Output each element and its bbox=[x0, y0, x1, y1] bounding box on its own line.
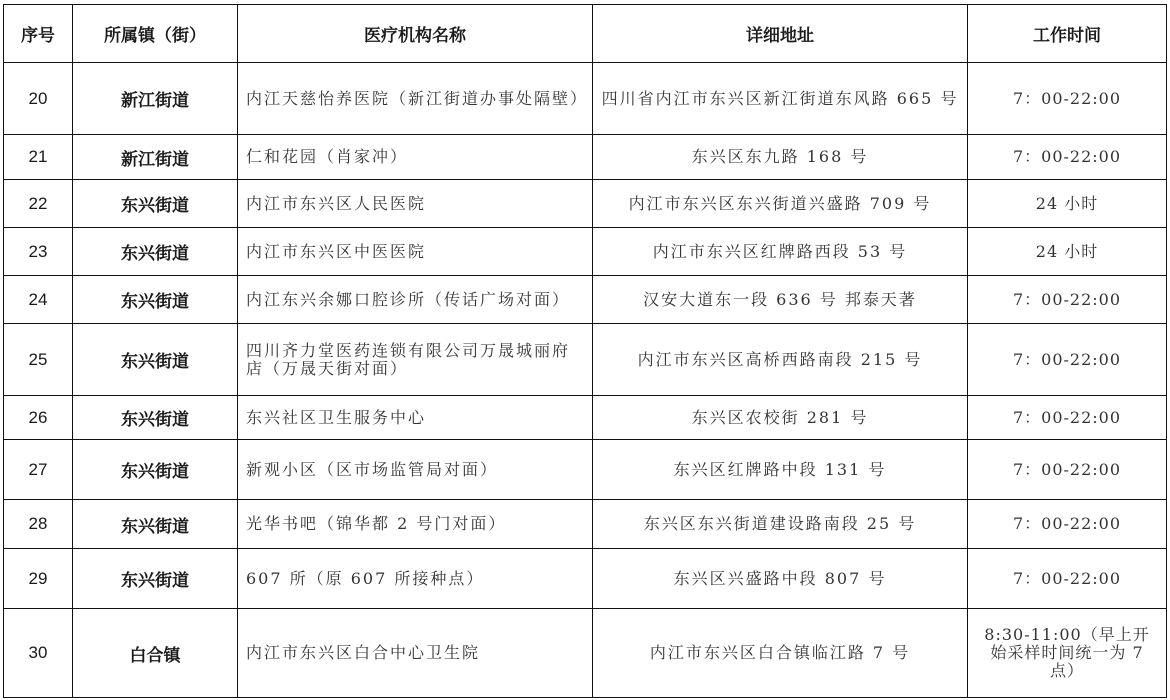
cell-town: 东兴街道 bbox=[73, 228, 238, 276]
cell-index: 25 bbox=[4, 324, 73, 396]
cell-address: 汉安大道东一段 636 号 邦泰天著 bbox=[593, 276, 968, 324]
table-row: 29 东兴街道 607 所（原 607 所接种点） 东兴区兴盛路中段 807 号… bbox=[4, 549, 1167, 609]
header-hours: 工作时间 bbox=[968, 5, 1167, 63]
cell-institution: 内江市东兴区人民医院 bbox=[238, 180, 593, 228]
cell-index: 28 bbox=[4, 500, 73, 549]
table-row: 24 东兴街道 内江东兴余娜口腔诊所（传话广场对面） 汉安大道东一段 636 号… bbox=[4, 276, 1167, 324]
cell-hours: 7：00-22:00 bbox=[968, 549, 1167, 609]
cell-town: 东兴街道 bbox=[73, 440, 238, 500]
cell-institution: 四川齐力堂医药连锁有限公司万晟城丽府店（万晟天街对面） bbox=[238, 324, 593, 396]
cell-hours: 24 小时 bbox=[968, 180, 1167, 228]
table-row: 28 东兴街道 光华书吧（锦华都 2 号门对面） 东兴区东兴街道建设路南段 25… bbox=[4, 500, 1167, 549]
cell-index: 24 bbox=[4, 276, 73, 324]
table-row: 30 白合镇 内江市东兴区白合中心卫生院 内江市东兴区白合镇临江路 7 号 8:… bbox=[4, 609, 1167, 698]
header-address: 详细地址 bbox=[593, 5, 968, 63]
cell-index: 21 bbox=[4, 135, 73, 180]
cell-institution: 光华书吧（锦华都 2 号门对面） bbox=[238, 500, 593, 549]
cell-hours: 7：00-22:00 bbox=[968, 135, 1167, 180]
header-row: 序号 所属镇（街） 医疗机构名称 详细地址 工作时间 bbox=[4, 5, 1167, 63]
cell-index: 30 bbox=[4, 609, 73, 698]
table-row: 26 东兴街道 东兴社区卫生服务中心 东兴区农校街 281 号 7：00-22:… bbox=[4, 396, 1167, 440]
table-row: 20 新江街道 内江天慈怡养医院（新江街道办事处隔壁） 四川省内江市东兴区新江街… bbox=[4, 63, 1167, 135]
cell-address: 东兴区东九路 168 号 bbox=[593, 135, 968, 180]
cell-hours: 7：00-22:00 bbox=[968, 440, 1167, 500]
cell-town: 新江街道 bbox=[73, 135, 238, 180]
cell-institution: 东兴社区卫生服务中心 bbox=[238, 396, 593, 440]
cell-address: 内江市东兴区高桥西路南段 215 号 bbox=[593, 324, 968, 396]
cell-institution: 内江市东兴区中医医院 bbox=[238, 228, 593, 276]
cell-town: 东兴街道 bbox=[73, 500, 238, 549]
cell-address: 内江市东兴区东兴街道兴盛路 709 号 bbox=[593, 180, 968, 228]
cell-address: 东兴区农校街 281 号 bbox=[593, 396, 968, 440]
cell-town: 白合镇 bbox=[73, 609, 238, 698]
table-row: 25 东兴街道 四川齐力堂医药连锁有限公司万晟城丽府店（万晟天街对面） 内江市东… bbox=[4, 324, 1167, 396]
cell-address: 东兴区兴盛路中段 807 号 bbox=[593, 549, 968, 609]
cell-town: 新江街道 bbox=[73, 63, 238, 135]
cell-hours: 7：00-22:00 bbox=[968, 324, 1167, 396]
cell-town: 东兴街道 bbox=[73, 276, 238, 324]
cell-address: 东兴区东兴街道建设路南段 25 号 bbox=[593, 500, 968, 549]
cell-town: 东兴街道 bbox=[73, 549, 238, 609]
cell-index: 22 bbox=[4, 180, 73, 228]
cell-hours: 7：00-22:00 bbox=[968, 396, 1167, 440]
cell-town: 东兴街道 bbox=[73, 324, 238, 396]
header-index: 序号 bbox=[4, 5, 73, 63]
cell-institution: 仁和花园（肖家冲） bbox=[238, 135, 593, 180]
cell-institution: 新观小区（区市场监管局对面） bbox=[238, 440, 593, 500]
table-row: 23 东兴街道 内江市东兴区中医医院 内江市东兴区红牌路西段 53 号 24 小… bbox=[4, 228, 1167, 276]
cell-hours: 7：00-22:00 bbox=[968, 63, 1167, 135]
cell-index: 23 bbox=[4, 228, 73, 276]
cell-address: 内江市东兴区红牌路西段 53 号 bbox=[593, 228, 968, 276]
cell-town: 东兴街道 bbox=[73, 396, 238, 440]
cell-hours: 24 小时 bbox=[968, 228, 1167, 276]
cell-index: 29 bbox=[4, 549, 73, 609]
testing-sites-table: 序号 所属镇（街） 医疗机构名称 详细地址 工作时间 20 新江街道 内江天慈怡… bbox=[3, 4, 1167, 698]
cell-index: 26 bbox=[4, 396, 73, 440]
cell-institution: 内江市东兴区白合中心卫生院 bbox=[238, 609, 593, 698]
cell-institution: 内江东兴余娜口腔诊所（传话广场对面） bbox=[238, 276, 593, 324]
cell-address: 内江市东兴区白合镇临江路 7 号 bbox=[593, 609, 968, 698]
cell-institution: 607 所（原 607 所接种点） bbox=[238, 549, 593, 609]
cell-index: 27 bbox=[4, 440, 73, 500]
table-row: 22 东兴街道 内江市东兴区人民医院 内江市东兴区东兴街道兴盛路 709 号 2… bbox=[4, 180, 1167, 228]
cell-hours: 8:30-11:00（早上开始采样时间统一为 7 点） bbox=[968, 609, 1167, 698]
cell-address: 四川省内江市东兴区新江街道东风路 665 号 bbox=[593, 63, 968, 135]
cell-address: 东兴区红牌路中段 131 号 bbox=[593, 440, 968, 500]
table-row: 21 新江街道 仁和花园（肖家冲） 东兴区东九路 168 号 7：00-22:0… bbox=[4, 135, 1167, 180]
cell-hours: 7：00-22:00 bbox=[968, 276, 1167, 324]
header-town: 所属镇（街） bbox=[73, 5, 238, 63]
table-row: 27 东兴街道 新观小区（区市场监管局对面） 东兴区红牌路中段 131 号 7：… bbox=[4, 440, 1167, 500]
cell-index: 20 bbox=[4, 63, 73, 135]
cell-institution: 内江天慈怡养医院（新江街道办事处隔壁） bbox=[238, 63, 593, 135]
header-institution: 医疗机构名称 bbox=[238, 5, 593, 63]
cell-hours: 7：00-22:00 bbox=[968, 500, 1167, 549]
cell-town: 东兴街道 bbox=[73, 180, 238, 228]
